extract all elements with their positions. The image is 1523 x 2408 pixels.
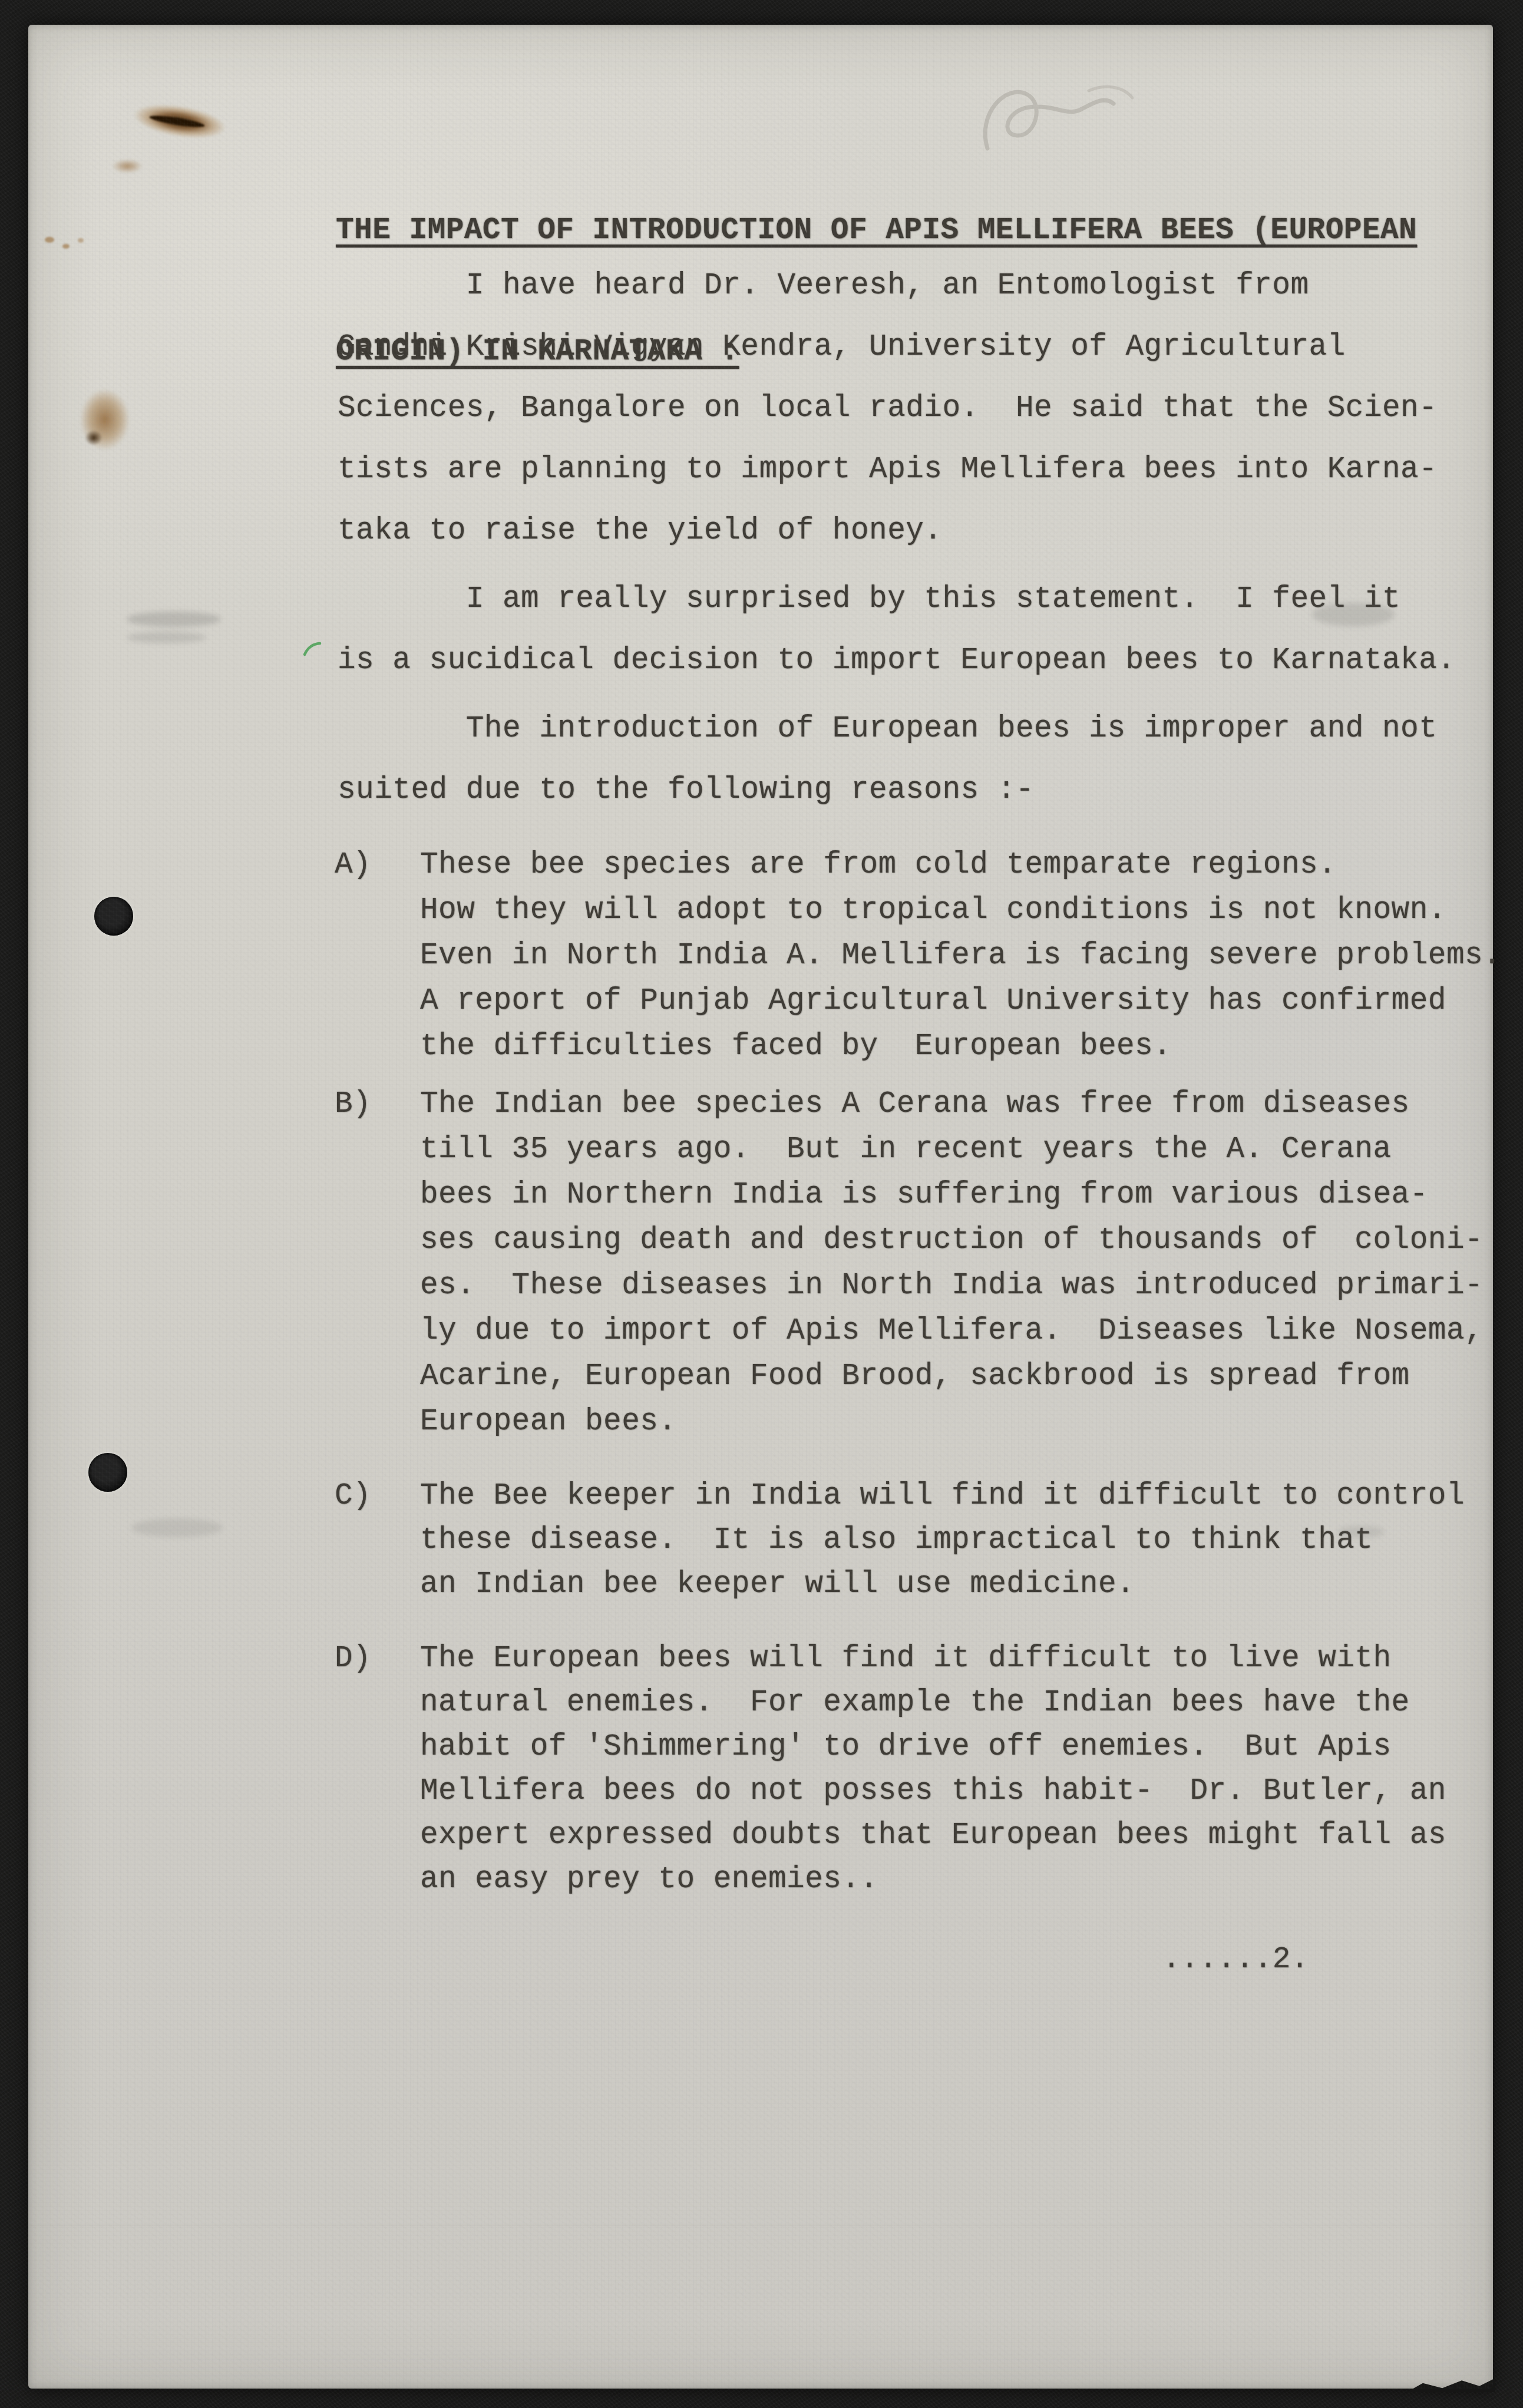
page-continuation-marker: ......2. (1162, 1938, 1309, 1982)
rust-speck (62, 244, 70, 249)
torn-corner (1407, 2372, 1495, 2392)
document-page: THE IMPACT OF INTRODUCTION OF APIS MELLI… (28, 25, 1493, 2389)
reason-a-text: These bee species are from cold temparat… (420, 843, 1501, 1069)
paragraph-reasons-intro: The introduction of European bees is imp… (338, 699, 1437, 821)
rust-stain-dot (112, 159, 143, 173)
paragraph-surprised: I am really surprised by this statement.… (338, 569, 1455, 692)
rust-stain-streak-core (149, 114, 206, 130)
pencil-scribble (965, 60, 1159, 178)
paper-crease (28, 2222, 1493, 2226)
rust-stain-blob-core (85, 430, 103, 445)
paragraph-intro: I have heard Dr. Veeresh, an Entomologis… (338, 256, 1437, 562)
rust-stain-streak (131, 99, 228, 144)
reason-d-text: The European bees will find it difficult… (420, 1637, 1446, 1902)
rust-speck (78, 238, 84, 243)
reason-c-text: The Bee keeper in India will find it dif… (420, 1474, 1465, 1607)
eraser-smudge (127, 632, 206, 643)
reason-d-label: D) (335, 1637, 371, 1681)
eraser-smudge (127, 612, 221, 627)
punch-hole-top (94, 897, 133, 936)
eraser-smudge (131, 1518, 223, 1537)
rust-stain-blob (80, 389, 130, 450)
rust-speck (45, 237, 54, 243)
reason-c-label: C) (335, 1474, 371, 1518)
scanned-page-photo: THE IMPACT OF INTRODUCTION OF APIS MELLI… (0, 0, 1523, 2408)
green-pen-mark (302, 640, 323, 659)
reason-b-label: B) (335, 1082, 371, 1127)
punch-hole-bottom (88, 1453, 127, 1492)
title-line-1: THE IMPACT OF INTRODUCTION OF APIS MELLI… (336, 204, 1417, 258)
reason-b-text: The Indian bee species A Cerana was free… (420, 1082, 1483, 1445)
reason-a-label: A) (335, 843, 371, 888)
